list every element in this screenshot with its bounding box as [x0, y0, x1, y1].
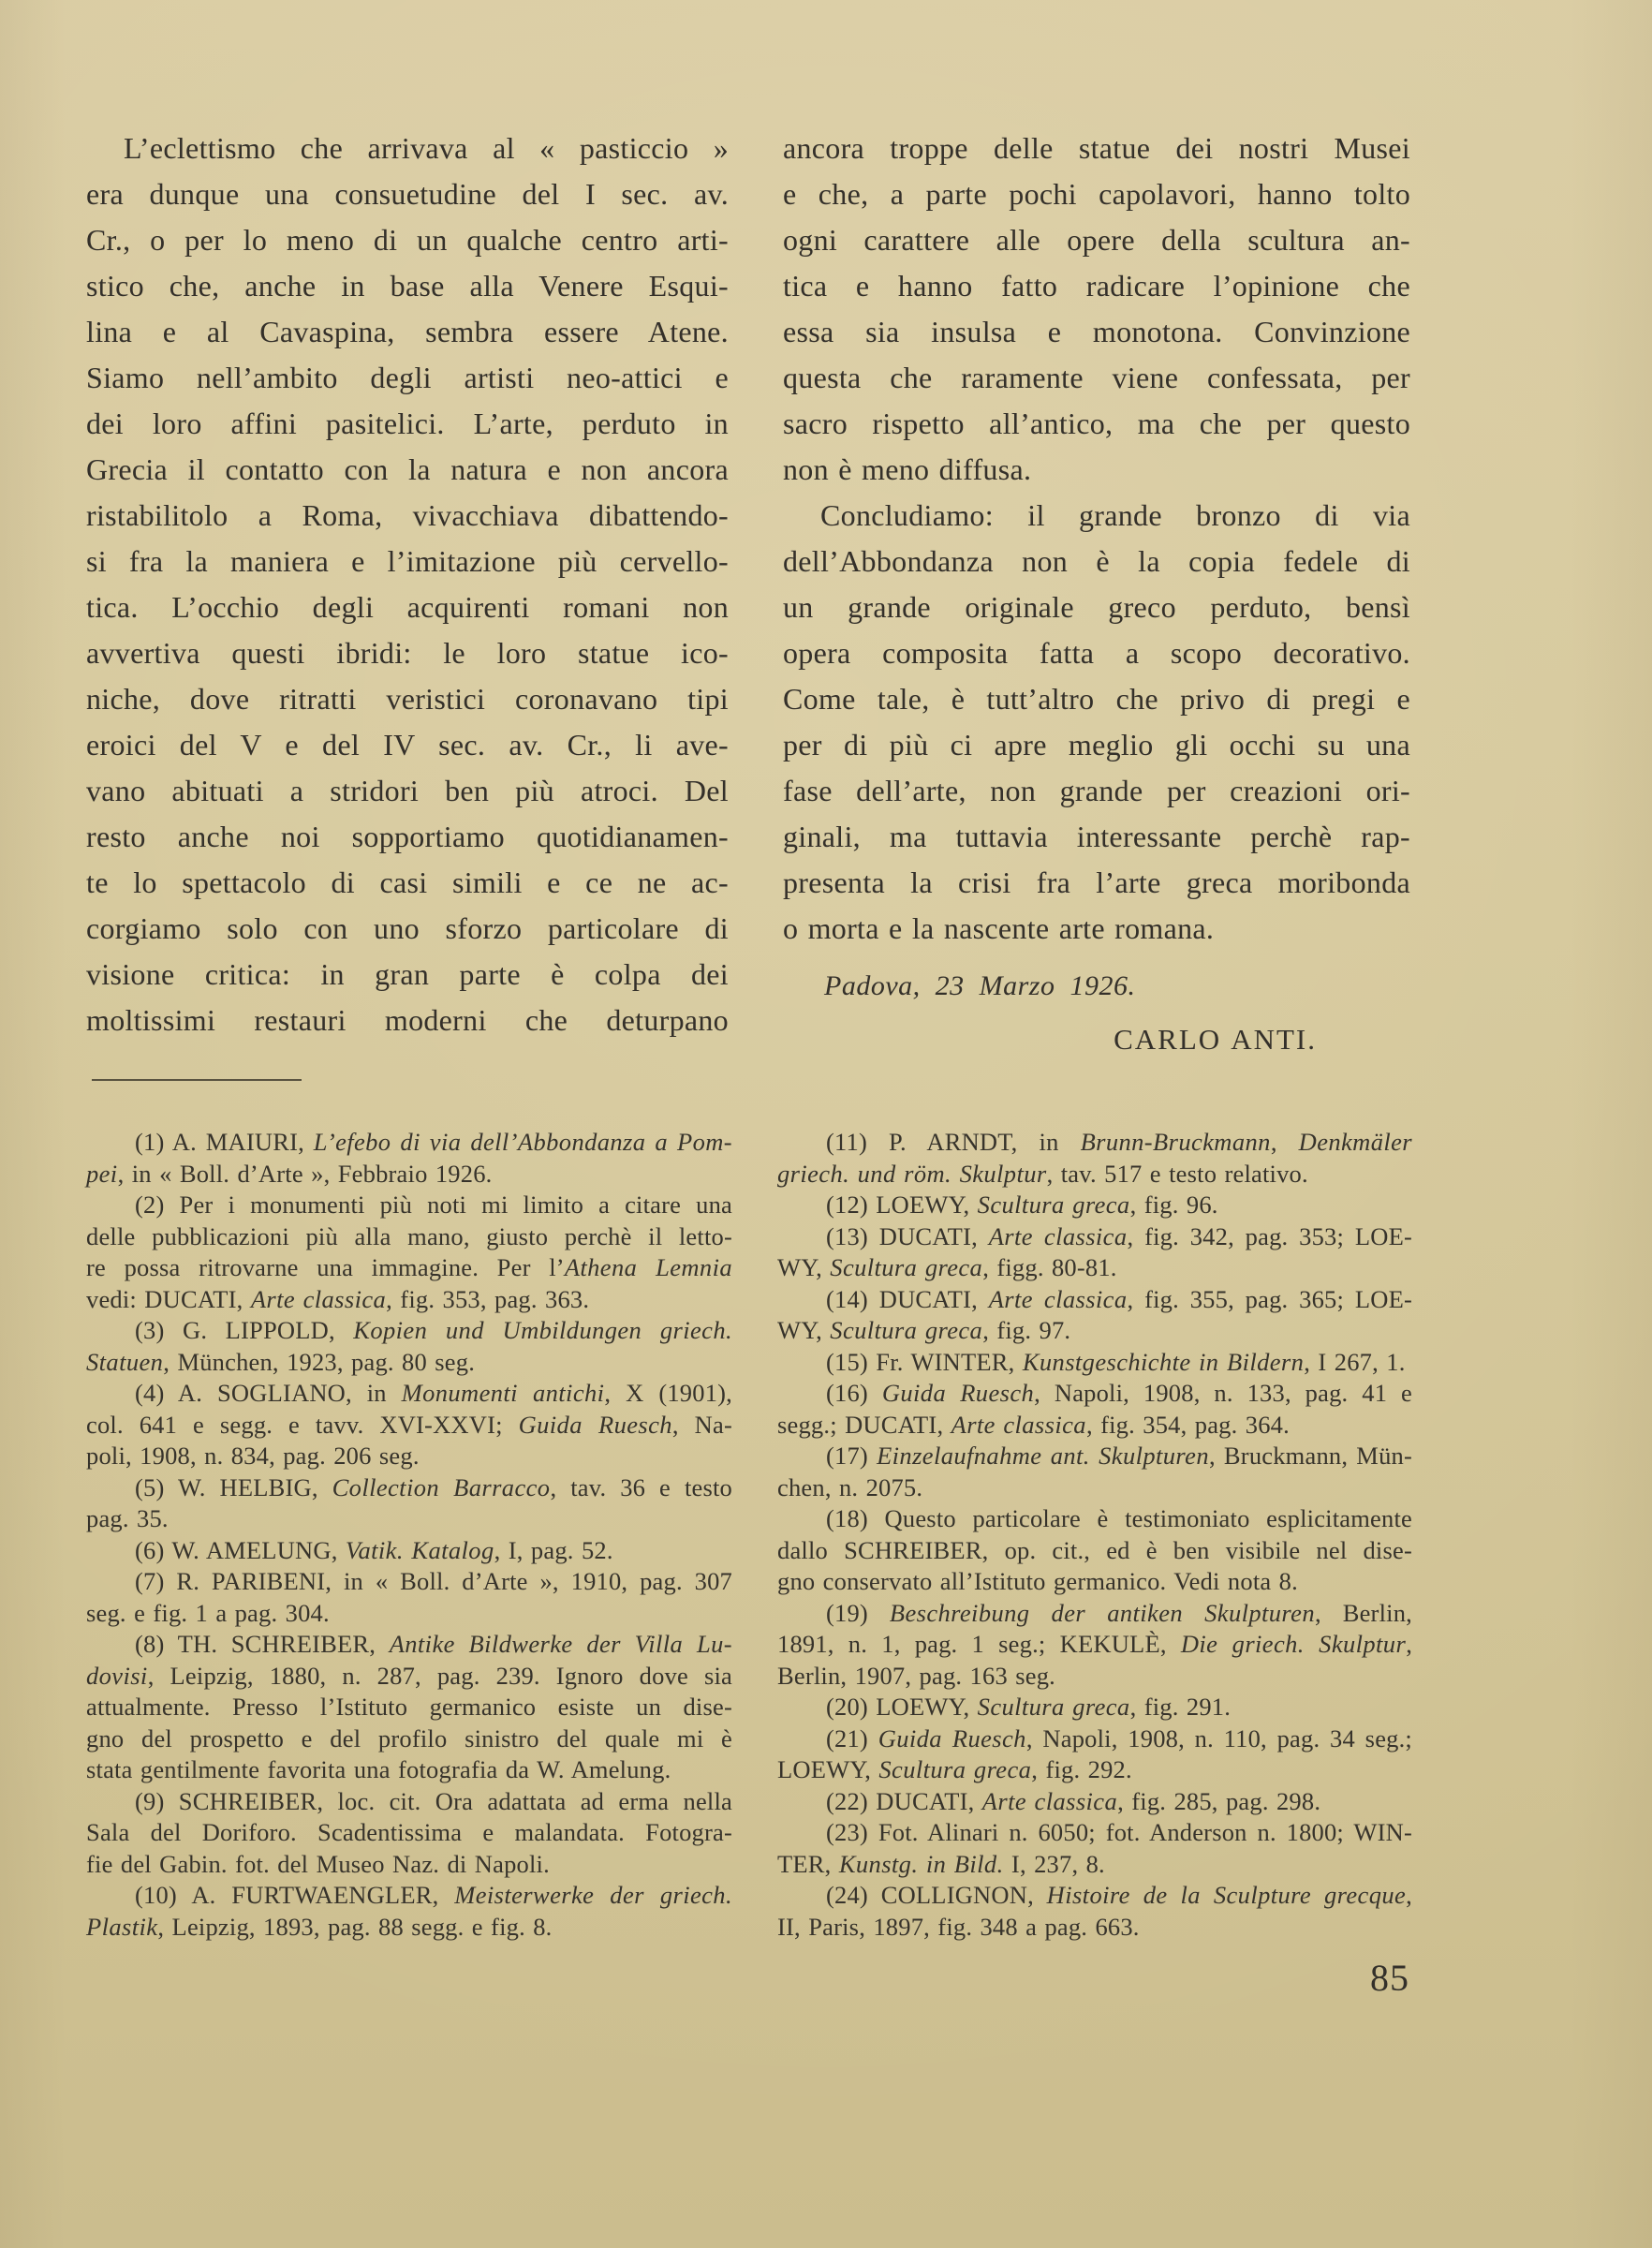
- text-line: Sala del Doriforo. Scadentissima e malan…: [86, 1817, 732, 1849]
- text-line: stico che, anche in base alla Venere Esq…: [86, 263, 729, 309]
- text-line: era dunque una consuetudine del I sec. a…: [86, 171, 729, 217]
- text-line: ginali, ma tuttavia interessante perchè …: [783, 814, 1410, 860]
- text-line: eroici del V e del IV sec. av. Cr., li a…: [86, 722, 729, 768]
- text-line: (24) COLLIGNON, Histoire de la Sculpture…: [777, 1880, 1412, 1912]
- text-line: dovisi, Leipzig, 1880, n. 287, pag. 239.…: [86, 1661, 732, 1693]
- footnote-separator-rule: [92, 1079, 302, 1081]
- text-line: (14) DUCATI, Arte classica, fig. 355, pa…: [777, 1284, 1412, 1316]
- body-column-left: L’eclettismo che arrivava al « pasticcio…: [86, 126, 729, 1043]
- text-line: (18) Questo particolare è testimoniato e…: [777, 1503, 1412, 1535]
- text-line: te lo spettacolo di casi simili e ce ne …: [86, 860, 729, 906]
- text-line: chen, n. 2075.: [777, 1472, 1412, 1504]
- text-line: un grande originale greco perduto, bensì: [783, 584, 1410, 630]
- text-line: (5) W. HELBIG, Collection Barracco, tav.…: [86, 1472, 732, 1504]
- text-line: griech. und röm. Skulptur, tav. 517 e te…: [777, 1159, 1412, 1191]
- text-line: gno conservato all’Istituto germanico. V…: [777, 1566, 1412, 1598]
- text-line: ristabilitolo a Roma, vivacchiava dibatt…: [86, 493, 729, 539]
- text-line: col. 641 e segg. e tavv. XVI-XXVI; Guida…: [86, 1410, 732, 1442]
- text-line: ogni carattere alle opere della scultura…: [783, 217, 1410, 263]
- text-line: niche, dove ritratti veristici coronavan…: [86, 676, 729, 722]
- text-line: (13) DUCATI, Arte classica, fig. 342, pa…: [777, 1221, 1412, 1253]
- page-number: 85: [1292, 1956, 1409, 2000]
- text-line: (12) LOEWY, Scultura greca, fig. 96.: [777, 1190, 1412, 1221]
- text-line: ancora troppe delle statue dei nostri Mu…: [783, 126, 1410, 171]
- text-line: (17) Einzelaufnahme ant. Skulpturen, Bru…: [777, 1441, 1412, 1472]
- text-line: 1891, n. 1, pag. 1 seg.; KEKULÈ, Die gri…: [777, 1629, 1412, 1661]
- text-line: tica e hanno fatto radicare l’opinione c…: [783, 263, 1410, 309]
- text-line: vedi: DUCATI, Arte classica, fig. 353, p…: [86, 1284, 732, 1316]
- text-line: pag. 35.: [86, 1503, 732, 1535]
- text-line: TER, Kunstg. in Bild. I, 237, 8.: [777, 1849, 1412, 1881]
- text-line: WY, Scultura greca, figg. 80-81.: [777, 1252, 1412, 1284]
- text-line: non è meno diffusa.: [783, 447, 1410, 493]
- text-line: Statuen, München, 1923, pag. 80 seg.: [86, 1347, 732, 1379]
- text-line: corgiamo solo con uno sforzo particolare…: [86, 906, 729, 952]
- text-line: LOEWY, Scultura greca, fig. 292.: [777, 1754, 1412, 1786]
- text-line: o morta e la nascente arte romana.: [783, 906, 1410, 952]
- text-line: fase dell’arte, non grande per creazioni…: [783, 768, 1410, 814]
- text-line: Grecia il contatto con la natura e non a…: [86, 447, 729, 493]
- book-page: L’eclettismo che arrivava al « pasticcio…: [0, 0, 1652, 2248]
- text-line: (2) Per i monumenti più noti mi limito a…: [86, 1190, 732, 1221]
- text-line: opera composita fatta a scopo decorativo…: [783, 630, 1410, 676]
- text-line: vano abituati a stridori ben più atroci.…: [86, 768, 729, 814]
- text-line: avvertiva questi ibridi: le loro statue …: [86, 630, 729, 676]
- text-line: seg. e fig. 1 a pag. 304.: [86, 1598, 732, 1630]
- text-line: moltissimi restauri moderni che deturpan…: [86, 998, 729, 1043]
- text-line: Plastik, Leipzig, 1893, pag. 88 segg. e …: [86, 1912, 732, 1944]
- text-line: dei loro affini pasitelici. L’arte, perd…: [86, 401, 729, 447]
- text-line: (4) A. SOGLIANO, in Monumenti antichi, X…: [86, 1378, 732, 1410]
- text-line: sacro rispetto all’antico, ma che per qu…: [783, 401, 1410, 447]
- text-line: dell’Abbondanza non è la copia fedele di: [783, 539, 1410, 584]
- footnotes-column-left: (1) A. MAIURI, L’efebo di via dell’Abbon…: [86, 1127, 732, 1943]
- text-line: delle pubblicazioni più alla mano, giust…: [86, 1221, 732, 1253]
- text-line: resto anche noi sopportiamo quotidianame…: [86, 814, 729, 860]
- author-signature: CARLO ANTI.: [783, 1016, 1410, 1062]
- text-line: lina e al Cavaspina, sembra essere Atene…: [86, 309, 729, 355]
- text-line: fie del Gabin. fot. del Museo Naz. di Na…: [86, 1849, 732, 1881]
- text-line: visione critica: in gran parte è colpa d…: [86, 952, 729, 998]
- text-line: (23) Fot. Alinari n. 6050; fot. Anderson…: [777, 1817, 1412, 1849]
- text-line: (1) A. MAIURI, L’efebo di via dell’Abbon…: [86, 1127, 732, 1159]
- text-line: (11) P. ARNDT, in Brunn-Bruckmann, Denkm…: [777, 1127, 1412, 1159]
- dateline: Padova, 23 Marzo 1926.: [783, 963, 1410, 1009]
- text-line: re possa ritrovarne una immagine. Per l’…: [86, 1252, 732, 1284]
- text-line: (21) Guida Ruesch, Napoli, 1908, n. 110,…: [777, 1723, 1412, 1755]
- body-column-right: ancora troppe delle statue dei nostri Mu…: [783, 126, 1410, 1062]
- text-line: (19) Beschreibung der antiken Skulpturen…: [777, 1598, 1412, 1630]
- text-line: poli, 1908, n. 834, pag. 206 seg.: [86, 1441, 732, 1472]
- text-line: si fra la maniera e l’imitazione più cer…: [86, 539, 729, 584]
- text-line: dallo SCHREIBER, op. cit., ed è ben visi…: [777, 1535, 1412, 1567]
- text-line: segg.; DUCATI, Arte classica, fig. 354, …: [777, 1410, 1412, 1442]
- text-line: II, Paris, 1897, fig. 348 a pag. 663.: [777, 1912, 1412, 1944]
- text-line: Cr., o per lo meno di un qualche centro …: [86, 217, 729, 263]
- text-line: Come tale, è tutt’altro che privo di pre…: [783, 676, 1410, 722]
- footnotes-column-right: (11) P. ARNDT, in Brunn-Bruckmann, Denkm…: [777, 1127, 1412, 1943]
- text-line: (10) A. FURTWAENGLER, Meisterwerke der g…: [86, 1880, 732, 1912]
- text-line: e che, a parte pochi capolavori, hanno t…: [783, 171, 1410, 217]
- text-line: (7) R. PARIBENI, in « Boll. d’Arte », 19…: [86, 1566, 732, 1598]
- body-column-right-lines: ancora troppe delle statue dei nostri Mu…: [783, 126, 1410, 952]
- text-line: (8) TH. SCHREIBER, Antike Bildwerke der …: [86, 1629, 732, 1661]
- text-line: pei, in « Boll. d’Arte », Febbraio 1926.: [86, 1159, 732, 1191]
- text-line: Berlin, 1907, pag. 163 seg.: [777, 1661, 1412, 1693]
- text-line: (6) W. AMELUNG, Vatik. Katalog, I, pag. …: [86, 1535, 732, 1567]
- text-line: tica. L’occhio degli acquirenti romani n…: [86, 584, 729, 630]
- text-line: (3) G. LIPPOLD, Kopien und Umbildungen g…: [86, 1315, 732, 1347]
- text-line: (22) DUCATI, Arte classica, fig. 285, pa…: [777, 1786, 1412, 1818]
- text-line: gno del prospetto e del profilo sinistro…: [86, 1723, 732, 1755]
- text-line: (20) LOEWY, Scultura greca, fig. 291.: [777, 1692, 1412, 1723]
- text-line: (16) Guida Ruesch, Napoli, 1908, n. 133,…: [777, 1378, 1412, 1410]
- text-line: attualmente. Presso l’Istituto germanico…: [86, 1692, 732, 1723]
- text-line: WY, Scultura greca, fig. 97.: [777, 1315, 1412, 1347]
- text-line: (9) SCHREIBER, loc. cit. Ora adattata ad…: [86, 1786, 732, 1818]
- text-line: essa sia insulsa e monotona. Convinzione: [783, 309, 1410, 355]
- text-line: Siamo nell’ambito degli artisti neo-atti…: [86, 355, 729, 401]
- text-line: (15) Fr. WINTER, Kunstgeschichte in Bild…: [777, 1347, 1412, 1379]
- text-line: presenta la crisi fra l’arte greca morib…: [783, 860, 1410, 906]
- text-line: Concludiamo: il grande bronzo di via: [783, 493, 1410, 539]
- text-line: stata gentilmente favorita una fotografi…: [86, 1754, 732, 1786]
- text-line: questa che raramente viene confessata, p…: [783, 355, 1410, 401]
- text-line: L’eclettismo che arrivava al « pasticcio…: [86, 126, 729, 171]
- text-line: per di più ci apre meglio gli occhi su u…: [783, 722, 1410, 768]
